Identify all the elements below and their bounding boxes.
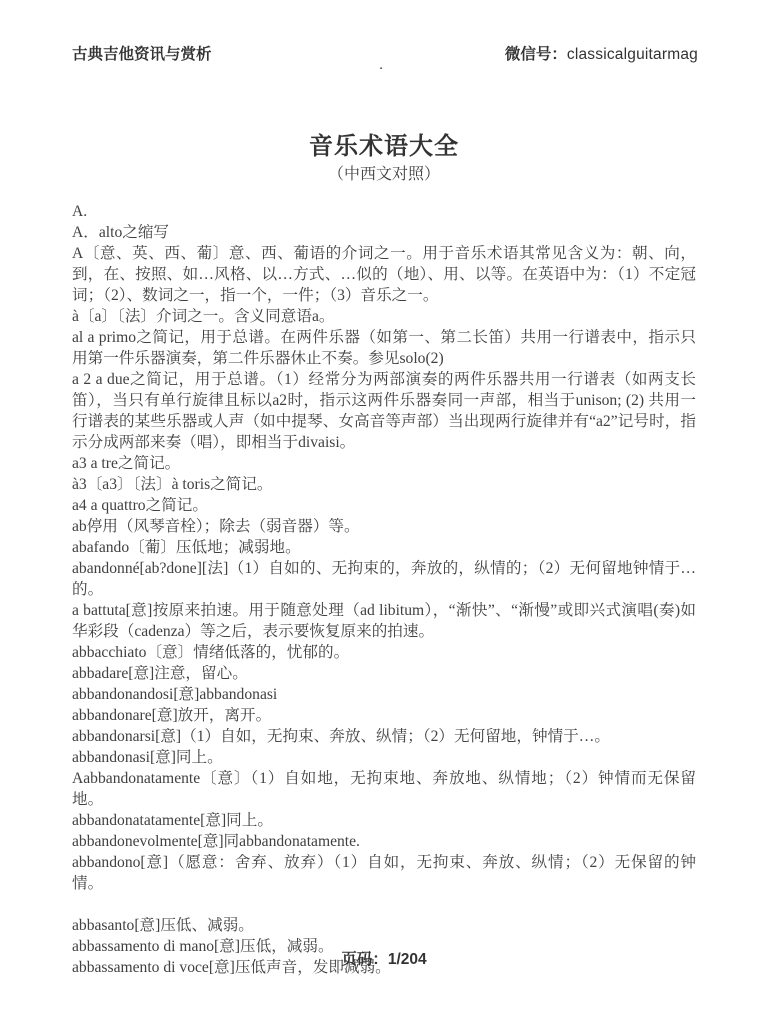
- header-wechat: 微信号：classicalguitarmag: [505, 42, 698, 64]
- page-footer: 页码：1/204: [0, 947, 768, 969]
- body-paragraph: a battuta[意]按原来拍速。用于随意处理（ad libitum），“渐快…: [72, 600, 696, 642]
- body-paragraph: abbadare[意]注意，留心。: [72, 663, 696, 684]
- body-paragraph: à3〔a3〕〔法〕à toris之简记。: [72, 474, 696, 495]
- body-paragraph: al a primo之简记，用于总谱。在两件乐器（如第一、第二长笛）共用一行谱表…: [72, 327, 696, 369]
- document-page: 古典吉他资讯与赏析 微信号：classicalguitarmag . 音乐术语大…: [0, 0, 768, 1024]
- body-text: A.A．alto之缩写A〔意、英、西、葡〕意、西、葡语的介词之一。用于音乐术语其…: [72, 201, 696, 978]
- body-paragraph: A.: [72, 201, 696, 222]
- body-paragraph: abbandono[意]（愿意：舍弃、放弃）（1）自如，无拘束、奔放、纵情；（2…: [72, 852, 696, 894]
- body-paragraph: abbandonatatamente[意]同上。: [72, 810, 696, 831]
- page-number-label: 页码：: [341, 951, 388, 968]
- page-number-value: 1/204: [388, 951, 427, 968]
- header-brand: 古典吉他资讯与赏析: [72, 42, 212, 64]
- body-paragraph: abbandonandosi[意]abbandonasi: [72, 684, 696, 705]
- body-paragraph: Aabbandonatamente〔意〕（1）自如地，无拘束地、奔放地、纵情地；…: [72, 768, 696, 810]
- body-paragraph: A〔意、英、西、葡〕意、西、葡语的介词之一。用于音乐术语其常见含义为：朝、向，到…: [72, 243, 696, 306]
- document-title: 音乐术语大全: [0, 126, 768, 161]
- body-paragraph: abbandonarsi[意]（1）自如，无拘束、奔放、纵情；（2）无何留地，钟…: [72, 726, 696, 747]
- body-paragraph: a 2 a due之简记，用于总谱。（1）经常分为两部演奏的两件乐器共用一行谱表…: [72, 369, 696, 453]
- body-paragraph: a4 a quattro之简记。: [72, 495, 696, 516]
- wechat-id: classicalguitarmag: [567, 46, 698, 63]
- body-paragraph: à〔a〕〔法〕介词之一。含义同意语a。: [72, 306, 696, 327]
- body-paragraph: abbacchiato〔意〕情绪低落的，忧郁的。: [72, 642, 696, 663]
- wechat-label: 微信号：: [505, 46, 567, 63]
- body-paragraph: abbandonevolmente[意]同abbandonatamente.: [72, 831, 696, 852]
- body-paragraph: abbandonasi[意]同上。: [72, 747, 696, 768]
- body-paragraph: A．alto之缩写: [72, 222, 696, 243]
- body-paragraph: a3 a tre之简记。: [72, 453, 696, 474]
- document-subtitle: （中西文对照）: [0, 161, 768, 184]
- body-paragraph: abandonné[ab?done][法]（1）自如的、无拘束的，奔放的，纵情的…: [72, 558, 696, 600]
- body-paragraph: ab停用（风琴音栓）；除去（弱音器）等。: [72, 516, 696, 537]
- body-paragraph: abbandonare[意]放开，离开。: [72, 705, 696, 726]
- body-paragraph: abafando〔葡〕压低地；减弱地。: [72, 537, 696, 558]
- body-section: A.A．alto之缩写A〔意、英、西、葡〕意、西、葡语的介词之一。用于音乐术语其…: [72, 201, 696, 894]
- stray-dot: .: [379, 56, 383, 73]
- body-paragraph: abbasanto[意]压低、减弱。: [72, 915, 696, 936]
- page-header: 古典吉他资讯与赏析 微信号：classicalguitarmag: [72, 42, 698, 64]
